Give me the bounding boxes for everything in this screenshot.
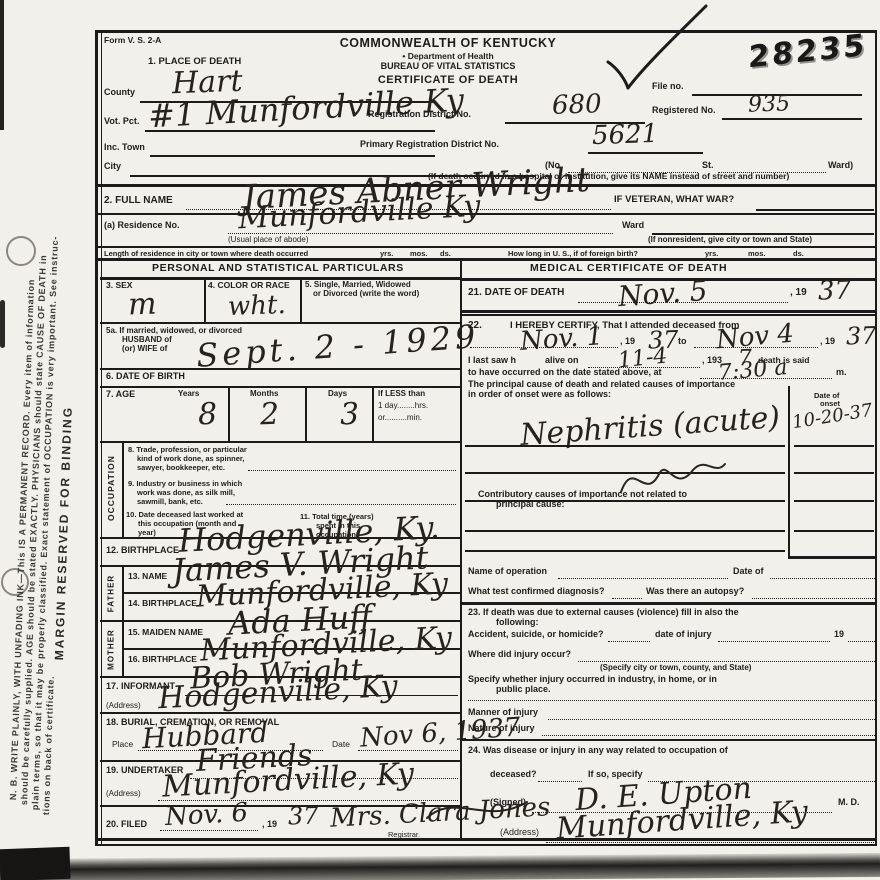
autopsy-label: Was there an autopsy? xyxy=(646,587,744,596)
rule xyxy=(100,368,460,370)
rule xyxy=(468,700,875,701)
principal-cause-label-2: in order of onset were as follows: xyxy=(468,390,611,399)
nonresident-note: (If nonresident, give city or town and S… xyxy=(648,236,812,244)
birthplace-label: 12. BIRTHPLACE xyxy=(106,546,179,555)
rule xyxy=(100,441,460,443)
q24-label-1: 24. Was disease or injury in any way rel… xyxy=(468,746,728,755)
father-vertical-label: FATHER xyxy=(107,567,116,621)
city-label: City xyxy=(104,162,121,171)
rule xyxy=(752,598,875,599)
hw-attended-from: Nov. 1 xyxy=(519,323,604,355)
residence-label: (a) Residence No. xyxy=(104,221,180,230)
rule xyxy=(794,472,874,474)
operation-label: Name of operation xyxy=(468,567,547,576)
q23-accident-label: Accident, suicide, or homicide? xyxy=(468,630,604,639)
to-19-printed: , 19 xyxy=(820,337,835,346)
rule xyxy=(558,578,728,579)
rule xyxy=(358,750,458,751)
rule xyxy=(150,155,435,157)
certificate-number-stamp: 28235 xyxy=(748,28,868,76)
rule xyxy=(145,130,435,132)
hw-cause-of-death: Nephritis (acute) xyxy=(519,403,781,451)
age-less-label-3: or..........min. xyxy=(378,414,422,422)
burial-place-label: Place xyxy=(112,740,133,749)
rule xyxy=(305,386,307,441)
full-name-label: 2. FULL NAME xyxy=(104,196,173,207)
rule xyxy=(465,530,785,532)
dod-19-printed: , 19 xyxy=(790,288,807,299)
rule xyxy=(100,712,460,714)
rule xyxy=(122,441,124,537)
hw-filed-date: Nov. 6 xyxy=(164,800,248,830)
rule xyxy=(788,556,877,559)
form-border-top xyxy=(95,30,877,33)
department-subtitle: • Department of Health xyxy=(402,52,493,61)
rule xyxy=(546,842,874,843)
date-of-death-label: 21. DATE OF DEATH xyxy=(468,288,564,299)
rule xyxy=(770,578,875,579)
rule xyxy=(226,504,456,505)
rule xyxy=(612,598,642,599)
vot-pct-label: Vot. Pct. xyxy=(104,117,139,126)
punch-hole-top xyxy=(6,236,36,266)
rule xyxy=(462,310,877,313)
age-less-label-1: If LESS than xyxy=(378,390,425,398)
form-border-bottom-outer xyxy=(95,838,877,841)
q23-label-2: following: xyxy=(496,618,539,627)
burial-date-label: Date xyxy=(332,740,350,749)
hw-date-of-death: Nov. 5 xyxy=(617,277,708,311)
scan-edge-mark xyxy=(0,300,5,348)
residence-ward-label: Ward xyxy=(622,221,644,230)
bureau-subtitle: BUREAU OF VITAL STATISTICS xyxy=(381,62,516,71)
rule xyxy=(465,445,785,447)
rule xyxy=(722,118,862,120)
rule xyxy=(542,735,875,736)
q23-specify-note: (Specify city or town, county, and State… xyxy=(600,664,751,672)
rule xyxy=(300,277,302,322)
informant-address-label: (Address) xyxy=(106,702,141,710)
rule xyxy=(248,470,456,471)
rule xyxy=(470,347,618,348)
commonwealth-title: COMMONWEALTH OF KENTUCKY xyxy=(340,37,557,50)
registrar-label: Registrar. xyxy=(388,831,420,839)
occ-row8-line2: kind of work done, as spinner, xyxy=(137,455,245,463)
hw-attended-to: Nov 4 xyxy=(715,321,795,354)
rule xyxy=(465,550,785,552)
father-birthplace-label: 14. BIRTHPLACE xyxy=(128,599,197,608)
form-border-left-inner xyxy=(101,30,102,845)
rule xyxy=(160,830,258,831)
hw-reg-district: 680 xyxy=(552,91,603,119)
margin-binding-label: MARGIN RESERVED FOR BINDING xyxy=(52,406,75,661)
hw-sex: m xyxy=(127,290,156,321)
form-border-bottom-inner xyxy=(95,844,877,846)
occ-row8-line1: 8. Trade, profession, or particular xyxy=(128,446,247,454)
city-st-label: St. xyxy=(702,161,714,170)
hw-color-race: wht. xyxy=(228,292,287,320)
hw-primary-reg: 5621 xyxy=(592,121,659,149)
q23-injury-label: date of injury xyxy=(655,630,712,639)
inc-town-label: Inc. Town xyxy=(104,143,145,152)
rule xyxy=(794,500,874,502)
dob-label: 6. DATE OF BIRTH xyxy=(106,372,185,381)
reg-district-label: Registration District No. xyxy=(368,110,471,119)
file-no-label: File no. xyxy=(652,82,684,91)
mother-maiden-label: 15. MAIDEN NAME xyxy=(128,628,203,637)
rule xyxy=(228,386,230,441)
abode-note: (Usual place of abode) xyxy=(228,236,309,244)
test-label: What test confirmed diagnosis? xyxy=(468,587,605,596)
age-label: 7. AGE xyxy=(106,390,135,399)
rule xyxy=(462,739,877,741)
primary-reg-label: Primary Registration District No. xyxy=(360,140,499,149)
signed-address-label: (Address) xyxy=(500,828,539,837)
rule xyxy=(794,530,874,532)
md-label: M. D. xyxy=(838,798,860,807)
rule xyxy=(538,781,582,782)
how-long-note: How long in U. S., if of foreign birth? xyxy=(508,250,638,258)
rule xyxy=(95,213,877,215)
q23-label-5: public place. xyxy=(496,685,551,694)
scan-edge-streak xyxy=(0,0,4,130)
from-19-printed: , 19 xyxy=(620,337,635,346)
operation-date-label: Date of xyxy=(733,567,764,576)
death-certificate-scan: N. B. WRITE PLAINLY, WITH UNFADING INK—T… xyxy=(0,0,880,880)
mother-vertical-label: MOTHER xyxy=(107,623,116,677)
hw-registered-no: 935 xyxy=(748,93,791,116)
form-border-right xyxy=(875,30,877,845)
rule xyxy=(608,641,650,642)
mos-label-2: mos. xyxy=(748,250,766,258)
personal-section-title: PERSONAL AND STATISTICAL PARTICULARS xyxy=(152,263,404,274)
city-ward-label: Ward) xyxy=(828,161,853,170)
rule xyxy=(95,258,877,261)
q23-19-label: 19 xyxy=(834,630,844,639)
rule xyxy=(588,152,703,154)
filed-label: 20. FILED xyxy=(106,820,147,829)
to-word: to xyxy=(678,337,687,346)
age-years-label: Years xyxy=(178,390,199,398)
ds-label-1: ds. xyxy=(440,250,451,258)
mother-birthplace-label: 16. BIRTHPLACE xyxy=(128,655,197,664)
rule xyxy=(372,386,374,441)
rule xyxy=(95,246,877,248)
undertaker-address-label: (Address) xyxy=(106,790,141,798)
occ-row10-line3: year) xyxy=(138,529,156,537)
rule xyxy=(462,314,877,316)
signature-flourish xyxy=(425,788,530,828)
form-number: Form V. S. 2-A xyxy=(104,36,161,45)
rule xyxy=(548,719,875,720)
rule xyxy=(462,602,877,605)
color-race-label: 4. COLOR OR RACE xyxy=(208,281,290,290)
yrs-label-1: yrs. xyxy=(380,250,393,258)
father-name-label: 13. NAME xyxy=(128,572,167,581)
occ-row9-line2: work was done, as silk mill, xyxy=(137,489,235,497)
manner-of-injury-label: Manner of injury xyxy=(468,708,538,717)
hw-age-years: 8 xyxy=(197,400,217,431)
rule xyxy=(204,277,206,322)
hw-to-year: 37 xyxy=(846,323,877,348)
rule xyxy=(718,641,830,642)
occ-row10-line1: 10. Date deceased last worked at xyxy=(126,511,243,519)
occ-row9-line1: 9. Industry or business in which xyxy=(128,480,242,488)
ds-label-2: ds. xyxy=(793,250,804,258)
hw-age-days: 3 xyxy=(339,400,359,431)
certify-number: 22. xyxy=(468,321,482,332)
length-note: Length of residence in city or town wher… xyxy=(104,250,308,258)
rule xyxy=(794,445,874,447)
age-less-label-2: 1 day........hrs. xyxy=(378,402,428,410)
occurred-label: to have occurred on the date stated abov… xyxy=(468,368,662,377)
occupation-vertical-label: OCCUPATION xyxy=(106,455,116,521)
hw-filed-year: 37 xyxy=(288,803,319,828)
scan-bottom-band xyxy=(0,853,880,880)
marital-label-2: or Divorced (write the word) xyxy=(313,290,419,298)
hw-cause-onset-date: 10-20-37 xyxy=(791,402,874,432)
husband-label-3: (or) WIFE of xyxy=(122,345,167,353)
hw-age-months: 2 xyxy=(259,400,279,431)
contributory-label-2: principal cause: xyxy=(496,500,565,509)
county-label: County xyxy=(104,88,135,97)
rule xyxy=(578,661,875,662)
yrs-label-2: yrs. xyxy=(705,250,718,258)
medical-section-title: MEDICAL CERTIFICATE OF DEATH xyxy=(530,263,727,274)
q23-where-label: Where did injury occur? xyxy=(468,650,571,659)
m-label: m. xyxy=(836,368,847,377)
rule xyxy=(100,386,460,388)
rule xyxy=(756,209,874,211)
filed-19-printed: , 19 xyxy=(262,820,277,829)
q24-deceased-label: deceased? xyxy=(490,770,537,779)
form-border-left-outer xyxy=(95,30,98,845)
signed-label: (Signed) xyxy=(490,798,526,807)
nature-of-injury-label: Nature of injury xyxy=(468,724,535,733)
lastsaw-alive-label: alive on xyxy=(545,356,579,365)
veteran-label: IF VETERAN, WHAT WAR? xyxy=(614,195,734,205)
occ-row9-line3: sawmill, bank, etc. xyxy=(137,498,203,506)
hw-dod-year: 37 xyxy=(818,277,852,304)
mos-label-1: mos. xyxy=(410,250,428,258)
lastsaw-pre-label: I last saw h xyxy=(468,356,516,365)
rule xyxy=(848,641,875,642)
occ-row8-line3: sawyer, bookkeeper, etc. xyxy=(137,464,225,472)
registered-no-label: Registered No. xyxy=(652,106,716,115)
rule xyxy=(228,233,613,234)
scan-bottom-left-blob xyxy=(0,847,71,880)
